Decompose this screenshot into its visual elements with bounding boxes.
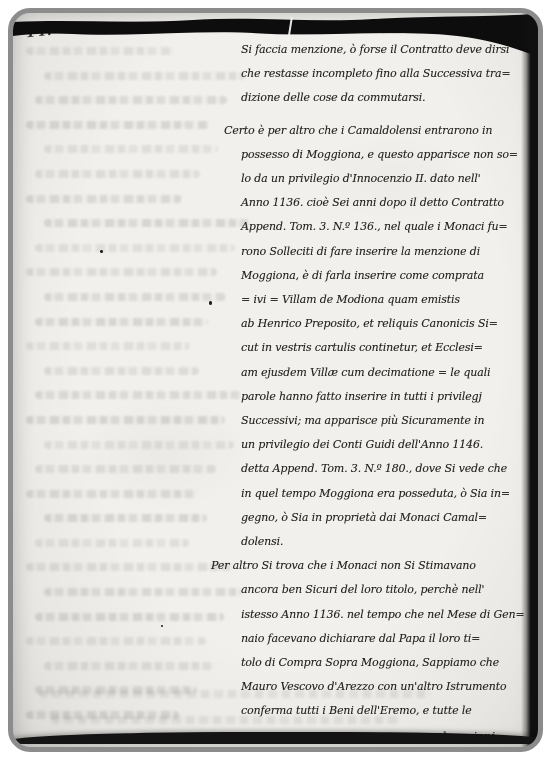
manuscript-line: Certo è per altro che i Camaldolensi ent… <box>224 119 517 143</box>
manuscript-line: Anno 1136. cioè Sei anni dopo il detto C… <box>241 191 517 215</box>
bleedthrough-line <box>44 588 242 596</box>
bleedthrough-line <box>44 662 215 670</box>
manuscript-line: ab Henrico Preposito, et reliquis Canoni… <box>241 312 517 336</box>
bleedthrough-line <box>44 514 207 522</box>
bleedthrough-line <box>26 416 225 424</box>
manuscript-line: Append. Tom. 3. N.º 136., nel quale i Mo… <box>241 215 517 239</box>
bleedthrough-line <box>44 293 226 301</box>
bleedthrough-line <box>26 342 190 350</box>
manuscript-line: Si faccia menzione, ò forse il Contratto… <box>241 38 517 62</box>
manuscript-photo: 14. Si faccia menzione, ò forse il Contr… <box>8 8 543 752</box>
manuscript-line: rono Solleciti di fare inserire la menzi… <box>241 240 517 264</box>
manuscript-line: lo da un privilegio d'Innocenzio II. dat… <box>241 167 517 191</box>
manuscript-line: cut in vestris cartulis continetur, et E… <box>241 336 517 360</box>
manuscript-line: in quel tempo Moggiona era posseduta, ò … <box>241 482 517 506</box>
book-edge-bottom <box>9 732 542 744</box>
bleedthrough-line <box>44 367 199 375</box>
manuscript-line: possesso di Moggiona, e questo apparisce… <box>241 143 517 167</box>
manuscript-line: gegno, ò Sia in proprietà dai Monaci Cam… <box>241 506 517 530</box>
manuscript-line: am ejusdem Villæ cum decimatione = le qu… <box>241 361 517 385</box>
bleedthrough-line <box>26 47 174 55</box>
manuscript-line: Moggiona, è di farla inserire come compr… <box>241 264 517 288</box>
dust-speck <box>161 625 163 627</box>
paragraph: Certo è per altro che i Camaldolensi ent… <box>241 119 517 555</box>
bleedthrough-line <box>26 563 233 571</box>
manuscript-line: istesso Anno 1136. nel tempo che nel Mes… <box>241 603 517 627</box>
manuscript-line: naio facevano dichiarare dal Papa il lor… <box>241 627 517 651</box>
manuscript-line: Mauro Vescovo d'Arezzo con un'altro Istr… <box>241 675 517 699</box>
bleedthrough-line <box>26 195 182 203</box>
manuscript-text: Si faccia menzione, ò forse il Contratto… <box>241 38 517 748</box>
paragraph: Per altro Si trova che i Monaci non Si S… <box>241 554 517 723</box>
manuscript-line: ancora ben Sicuri del loro titolo, perch… <box>241 578 517 602</box>
manuscript-line: detta Append. Tom. 3. N.º 180., dove Si … <box>241 457 517 481</box>
bleedthrough-text <box>26 47 248 737</box>
bleedthrough-line <box>44 219 248 227</box>
bleedthrough-line <box>35 613 224 621</box>
manuscript-line: conferma tutti i Beni dell'Eremo, e tutt… <box>241 699 517 723</box>
bleedthrough-line <box>35 465 216 473</box>
paragraph: Si faccia menzione, ò forse il Contratto… <box>241 38 517 111</box>
book-edge-right <box>521 13 538 747</box>
bleedthrough-line <box>35 96 227 104</box>
bleedthrough-line <box>35 318 208 326</box>
manuscript-line: dizione delle cose da commutarsi. <box>241 86 517 110</box>
bleedthrough-line <box>26 490 198 498</box>
manuscript-line: tolo di Compra Sopra Moggiona, Sappiamo … <box>241 651 517 675</box>
bleedthrough-line <box>35 170 200 178</box>
manuscript-line: Successivi; ma apparisce più Sicuramente… <box>241 409 517 433</box>
bleedthrough-line <box>26 268 217 276</box>
manuscript-line: parole hanno fatto inserire in tutti i p… <box>241 385 517 409</box>
bleedthrough-line <box>26 121 209 129</box>
bleedthrough-line <box>35 539 189 547</box>
manuscript-line: Per altro Si trova che i Monaci non Si S… <box>211 554 517 578</box>
manuscript-line: = ivi = Villam de Modiona quam emistis <box>241 288 517 312</box>
manuscript-line: dolensi. <box>241 530 517 554</box>
manuscript-line: un privilegio dei Conti Guidi dell'Anno … <box>241 433 517 457</box>
bleedthrough-line <box>44 441 234 449</box>
bleedthrough-line <box>35 391 243 399</box>
dust-speck <box>100 250 103 253</box>
manuscript-line: che restasse incompleto fino alla Succes… <box>241 62 517 86</box>
bleedthrough-line <box>44 145 218 153</box>
bleedthrough-line <box>26 637 206 645</box>
bleedthrough-line <box>44 72 245 80</box>
dust-speck <box>209 301 212 305</box>
bleedthrough-line <box>35 244 235 252</box>
page-number: 14. <box>25 23 53 42</box>
